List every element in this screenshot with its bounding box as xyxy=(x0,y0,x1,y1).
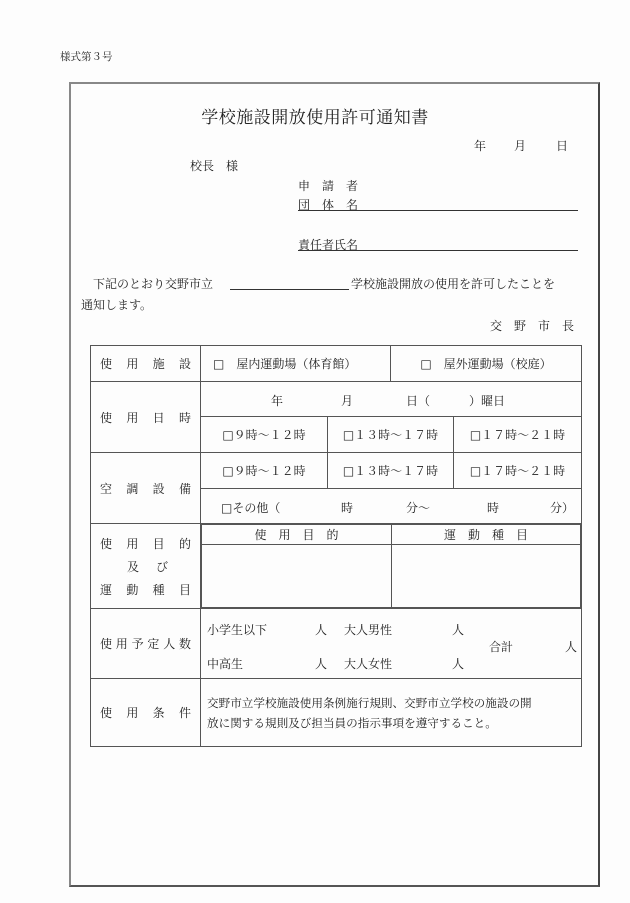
aircon-slot-afternoon[interactable]: □１３時～１７時 xyxy=(328,453,454,489)
label-char: 用 xyxy=(126,355,138,372)
document-title: 学校施設開放使用許可通知書 xyxy=(0,103,630,128)
time-slot-morning[interactable]: □９時～１２時 xyxy=(201,417,328,453)
label-char: 条 xyxy=(153,704,165,721)
responsible-name-field[interactable] xyxy=(372,236,576,250)
aircon-slot-evening[interactable]: □１７時～２１時 xyxy=(454,453,582,489)
permit-table: 使 用 施 設 □ 屋内運動場（体育館） □ 屋外運動場（校庭） 使 用 日 時… xyxy=(90,345,582,747)
label-char: 使 xyxy=(100,704,112,721)
usage-date-year: 年 xyxy=(271,392,283,409)
purpose-content-cell: 使 用 目 的 運 動 種 目 xyxy=(201,524,582,609)
school-name-field[interactable] xyxy=(230,275,348,289)
conditions-label-cell: 使 用 条 件 xyxy=(91,679,201,747)
issuer: 交 野 市 長 xyxy=(490,317,574,334)
sport-field[interactable] xyxy=(392,545,581,608)
purpose-row: 使 用 目 的 及 び 運 動 種 目 使 用 目 的 運 動 種 目 xyxy=(91,524,582,609)
facility-option-indoor[interactable]: □ 屋内運動場（体育館） xyxy=(201,346,391,382)
headcount-row: 使 用 予 定 人 数 小学生以下 人 大人男性 人 中高生 人 大人女性 人 … xyxy=(91,609,582,679)
adult-male-label: 大人男性 xyxy=(344,621,392,638)
aircon-slot-morning[interactable]: □９時～１２時 xyxy=(201,453,328,489)
label-char: 設 xyxy=(153,480,165,497)
usage-date-day: 日（ xyxy=(406,392,430,409)
label-char: 設 xyxy=(179,355,191,372)
purpose-field[interactable] xyxy=(202,545,392,608)
sport-header: 運 動 種 目 xyxy=(392,525,581,545)
conditions-line2: 放に関する規則及び担当員の指示事項を遵守すること。 xyxy=(207,713,581,733)
usage-date-month: 月 xyxy=(341,392,353,409)
aircon-other-open: □その他（ xyxy=(221,499,280,516)
aircon-label-cell: 空 調 設 備 xyxy=(91,453,201,524)
label-char: 予 xyxy=(132,635,144,652)
usage-date-field[interactable]: 年 月 日（ ）曜日 xyxy=(201,382,582,417)
school-name-underline xyxy=(230,289,349,290)
aircon-other-end-hour: 時 xyxy=(487,499,499,516)
purpose-label-cell: 使 用 目 的 及 び 運 動 種 目 xyxy=(91,524,201,609)
total-unit: 人 xyxy=(565,638,577,655)
junior-high-unit: 人 xyxy=(315,655,327,672)
headcount-content-cell[interactable]: 小学生以下 人 大人男性 人 中高生 人 大人女性 人 合計 人 xyxy=(201,609,582,679)
conditions-text-cell: 交野市立学校施設使用条例施行規則、交野市立学校の施設の開 放に関する規則及び担当… xyxy=(201,679,582,747)
label-char: び xyxy=(156,558,168,575)
label-char: 空 xyxy=(100,480,112,497)
addressee: 校長 様 xyxy=(190,157,238,174)
conditions-row: 使 用 条 件 交野市立学校施設使用条例施行規則、交野市立学校の施設の開 放に関… xyxy=(91,679,582,747)
label-char: 目 xyxy=(179,581,191,598)
date-month: 月 xyxy=(514,137,526,154)
facility-option-outdoor[interactable]: □ 屋外運動場（校庭） xyxy=(391,346,582,382)
time-slot-evening[interactable]: □１７時～２１時 xyxy=(454,417,582,453)
conditions-line1: 交野市立学校施設使用条例施行規則、交野市立学校の施設の開 xyxy=(207,693,581,713)
aircon-other-field[interactable]: □その他（ 時 分～ 時 分） xyxy=(201,489,582,524)
aircon-other-start-hour: 時 xyxy=(341,499,353,516)
aircon-other-end-min: 分） xyxy=(550,499,574,516)
elementary-label: 小学生以下 xyxy=(207,621,267,638)
label-char: 用 xyxy=(126,409,138,426)
aircon-other-start-min: 分～ xyxy=(406,499,430,516)
label-char: 用 xyxy=(126,535,138,552)
label-char: 数 xyxy=(179,635,191,652)
group-name-underline xyxy=(298,210,578,211)
date-day: 日 xyxy=(556,137,568,154)
label-char: 件 xyxy=(179,704,191,721)
label-char: 定 xyxy=(147,635,159,652)
label-char: 施 xyxy=(153,355,165,372)
purpose-header: 使 用 目 的 xyxy=(202,525,392,545)
adult-female-unit: 人 xyxy=(452,655,464,672)
label-char: 目 xyxy=(153,535,165,552)
label-char: 及 xyxy=(127,558,139,575)
time-slot-afternoon[interactable]: □１３時～１７時 xyxy=(328,417,454,453)
label-char: 人 xyxy=(163,635,175,652)
label-char: 的 xyxy=(179,535,191,552)
label-char: 運 xyxy=(100,581,112,598)
label-char: 時 xyxy=(179,409,191,426)
applicant-label: 申 請 者 xyxy=(298,177,358,194)
label-char: 日 xyxy=(153,409,165,426)
adult-female-label: 大人女性 xyxy=(344,655,392,672)
date-year: 年 xyxy=(474,137,486,154)
label-char: 種 xyxy=(153,581,165,598)
datetime-label-cell: 使 用 日 時 xyxy=(91,382,201,453)
label-char: 使 xyxy=(100,355,112,372)
total-label: 合計 xyxy=(489,638,513,655)
label-char: 用 xyxy=(126,704,138,721)
label-char: 調 xyxy=(126,480,138,497)
label-char: 動 xyxy=(126,581,138,598)
label-char: 使 xyxy=(100,535,112,552)
purpose-inner-table: 使 用 目 的 運 動 種 目 xyxy=(201,524,581,608)
headcount-label-cell: 使 用 予 定 人 数 xyxy=(91,609,201,679)
usage-date-weekday: ）曜日 xyxy=(469,392,505,409)
label-char: 用 xyxy=(116,635,128,652)
form-number: 様式第３号 xyxy=(60,49,113,64)
body-line2: 通知します。 xyxy=(81,296,152,313)
body-suffix: 学校施設開放の使用を許可したことを xyxy=(351,275,555,292)
aircon-slot-row: 空 調 設 備 □９時～１２時 □１３時～１７時 □１７時～２１時 xyxy=(91,453,582,489)
label-char: 使 xyxy=(100,409,112,426)
facility-label-cell: 使 用 施 設 xyxy=(91,346,201,382)
label-char: 使 xyxy=(100,635,112,652)
label-char: 備 xyxy=(179,480,191,497)
group-name-field[interactable] xyxy=(372,196,576,210)
facility-row: 使 用 施 設 □ 屋内運動場（体育館） □ 屋外運動場（校庭） xyxy=(91,346,582,382)
body-prefix: 下記のとおり交野市立 xyxy=(93,275,213,292)
datetime-date-row: 使 用 日 時 年 月 日（ ）曜日 xyxy=(91,382,582,417)
elementary-unit: 人 xyxy=(315,621,327,638)
junior-high-label: 中高生 xyxy=(207,655,243,672)
adult-male-unit: 人 xyxy=(452,621,464,638)
responsible-name-underline xyxy=(298,250,578,251)
